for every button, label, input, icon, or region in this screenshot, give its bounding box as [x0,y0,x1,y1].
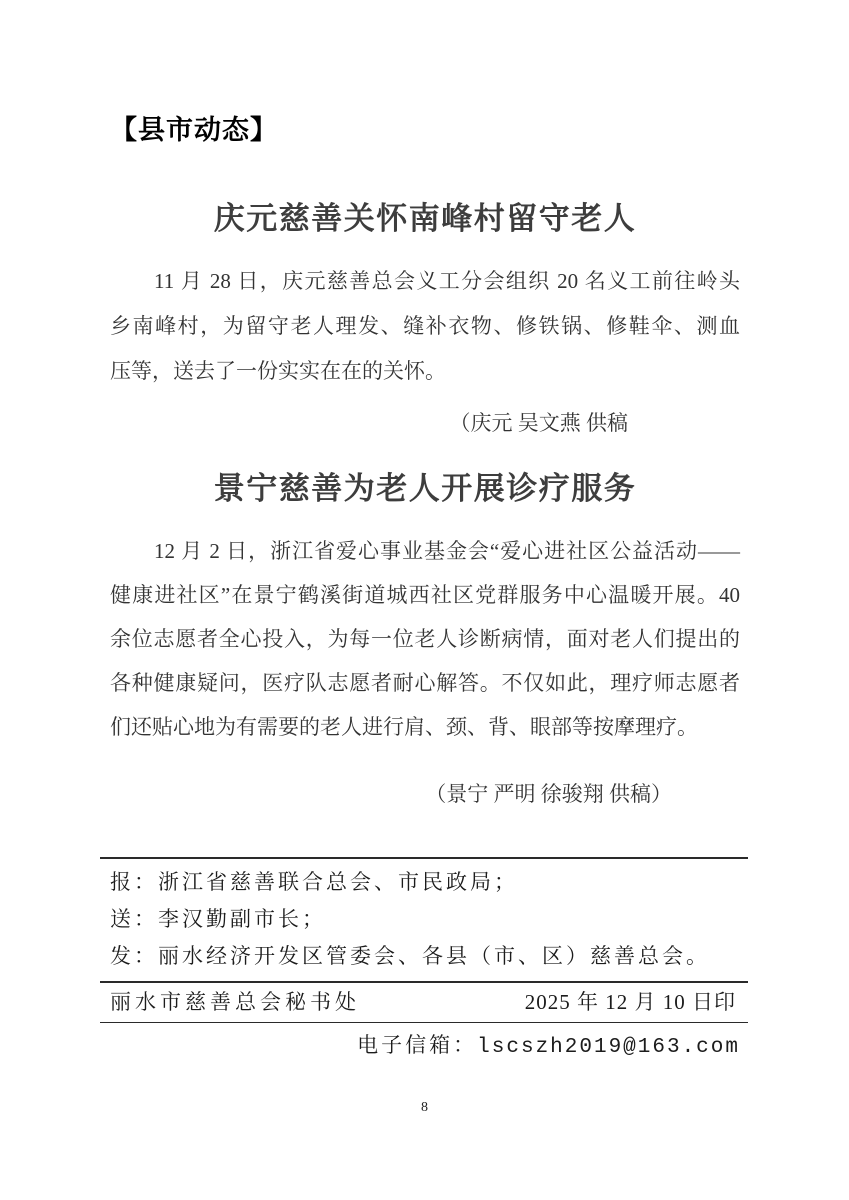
article-qingyuan: 庆元慈善关怀南峰村留守老人 11 月 28 日，庆元慈善总会义工分会组织 20 … [110,198,740,444]
page-number: 8 [0,1100,849,1116]
article-body-qingyuan: 11 月 28 日，庆元慈善总会义工分会组织 20 名义工前往岭头 乡南峰村，为… [110,259,740,394]
distribution-footer: 报：浙江省慈善联合总会、市民政局； 送：李汉勤副市长； 发：丽水经济开发区管委会… [100,857,748,1066]
routing-list: 报：浙江省慈善联合总会、市民政局； 送：李汉勤副市长； 发：丽水经济开发区管委会… [100,859,748,981]
article-title-jingning: 景宁慈善为老人开展诊疗服务 [110,468,740,510]
routing-issue-line: 发：丽水经济开发区管委会、各县（市、区）慈善总会。 [110,938,748,975]
body-line: 11 月 28 日，庆元慈善总会义工分会组织 20 名义工前往岭头 [110,259,740,304]
email-row: 电子信箱：lscszh2019@163.com [100,1023,748,1066]
article-byline-qingyuan: （庆元 吴文燕 供稿 [110,402,740,444]
email-label: 电子信箱： [357,1033,477,1057]
routing-report-line: 报：浙江省慈善联合总会、市民政局； [110,864,748,901]
print-date: 2025 年 12 月 10 日印 [525,984,736,1020]
publisher-name: 丽水市慈善总会秘书处 [110,984,360,1020]
publisher-row: 丽水市慈善总会秘书处 2025 年 12 月 10 日印 [100,983,748,1022]
body-line: 余位志愿者全心投入，为每一位老人诊断病情，面对老人们提出的 [110,617,740,661]
body-line: 们还贴心地为有需要的老人进行肩、颈、背、眼部等按摩理疗。 [110,705,740,749]
article-body-jingning: 12 月 2 日，浙江省爱心事业基金会“爱心进社区公益活动—— 健康进社区”在景… [110,529,740,749]
body-line: 各种健康疑问，医疗队志愿者耐心解答。不仅如此，理疗师志愿者 [110,661,740,705]
body-line: 乡南峰村，为留守老人理发、缝补衣物、修铁锅、修鞋伞、测血 [110,304,740,349]
article-title-qingyuan: 庆元慈善关怀南峰村留守老人 [110,198,740,240]
article-jingning: 景宁慈善为老人开展诊疗服务 12 月 2 日，浙江省爱心事业基金会“爱心进社区公… [110,468,740,815]
body-line: 压等，送去了一份实实在在的关怀。 [110,349,740,394]
section-header: 【县市动态】 [110,112,740,148]
body-line: 12 月 2 日，浙江省爱心事业基金会“爱心进社区公益活动—— [110,529,740,573]
routing-send-line: 送：李汉勤副市长； [110,901,748,938]
page-content: 【县市动态】 庆元慈善关怀南峰村留守老人 11 月 28 日，庆元慈善总会义工分… [110,112,740,1066]
document-page: 【县市动态】 庆元慈善关怀南峰村留守老人 11 月 28 日，庆元慈善总会义工分… [0,0,849,1200]
body-line: 健康进社区”在景宁鹤溪街道城西社区党群服务中心温暖开展。40 [110,573,740,617]
email-address: lscszh2019@163.com [477,1036,740,1059]
article-byline-jingning: （景宁 严明 徐骏翔 供稿） [110,773,740,815]
